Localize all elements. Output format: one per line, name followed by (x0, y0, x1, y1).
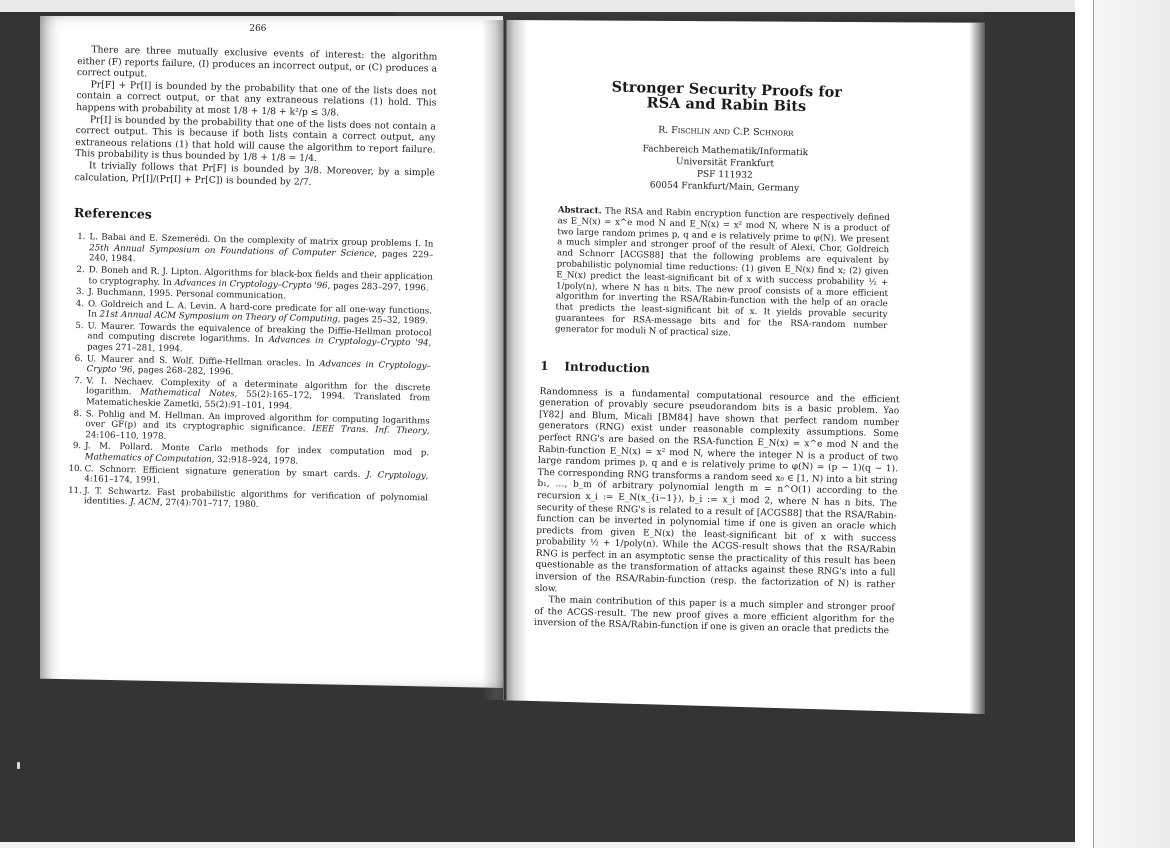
section-number: 1 (540, 358, 560, 372)
reference-number: 4. (72, 299, 84, 310)
reference-venue: Mathematics of Computation (85, 452, 212, 465)
affiliation: Fachbereich Mathematik/Informatik Univer… (544, 141, 905, 197)
reference-venue: Advances in Cryptology–Crypto '96 (87, 359, 431, 376)
section-title: Introduction (564, 359, 650, 375)
reference-number: 3. (72, 287, 84, 298)
reference-number: 11. (68, 486, 80, 497)
abstract-label: Abstract. (558, 205, 602, 216)
reference-venue: IEEE Trans. Inf. Theory (312, 424, 427, 436)
reference-number: 7. (70, 376, 82, 387)
left-page-content: 266 There are three mutually exclusive e… (68, 20, 438, 515)
reference-number: 5. (71, 321, 83, 332)
scanner-glass-area (1094, 0, 1170, 848)
reference-number: 1. (73, 232, 85, 243)
reference-number: 8. (70, 409, 82, 420)
abstract: Abstract. The RSA and Rabin encryption f… (555, 205, 890, 342)
reference-venue: J. ACM (130, 498, 160, 509)
scan-speck (17, 762, 20, 769)
reference-number: 6. (71, 354, 83, 365)
book-spine (482, 20, 528, 700)
reference-venue: Advances in Cryptology–Crypto '94 (269, 336, 429, 349)
references-heading: References (74, 205, 434, 228)
section-heading: 1 Introduction (540, 358, 900, 380)
reference-number: 10. (68, 463, 80, 474)
abstract-text: The RSA and Rabin encryption function ar… (555, 206, 890, 338)
authors: R. Fischlin and C.P. Schnorr (546, 122, 906, 141)
reference-number: 2. (73, 265, 85, 276)
right-page-content: Stronger Security Proofs for RSA and Rab… (534, 78, 907, 638)
reference-venue: 25th Annual Symposium on Foundations of … (89, 243, 374, 259)
reference-venue: Mathematical Notes (140, 388, 235, 400)
paragraph: Randomness is a fundamental computationa… (535, 386, 900, 603)
paragraph: Pr[I] is bounded by the probability that… (75, 114, 436, 168)
reference-number: 9. (69, 441, 81, 452)
reference-list: 1.L. Babai and E. Szemerédi. On the comp… (68, 232, 434, 514)
scanner-right-edge (1075, 0, 1094, 848)
reference-venue: J. Cryptology (366, 470, 426, 481)
